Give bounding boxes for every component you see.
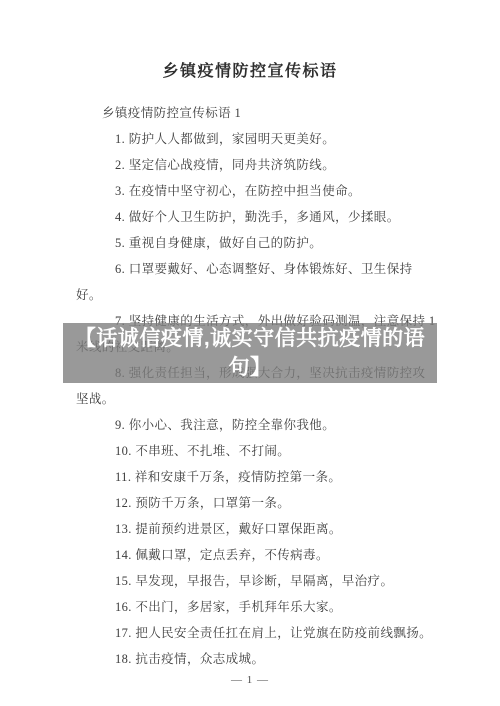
list-item: 10. 不串班、不扎堆、不打闹。 bbox=[76, 438, 437, 464]
list-item: 11. 祥和安康千万条，疫情防控第一条。 bbox=[76, 464, 437, 490]
list-item: 6. 口罩要戴好、心态调整好、身体锻炼好、卫生保持好。 bbox=[76, 256, 437, 308]
list-item: 17. 把人民安全责任扛在肩上，让党旗在防疫前线飘扬。 bbox=[76, 620, 437, 646]
slogan-list: 1. 防护人人都做到，家园明天更美好。2. 坚定信心战疫情，同舟共济筑防线。3.… bbox=[76, 126, 437, 672]
document-body: 乡镇疫情防控宣传标语 1 1. 防护人人都做到，家园明天更美好。2. 坚定信心战… bbox=[76, 100, 437, 672]
list-item: 14. 佩戴口罩，定点丢弃，不传病毒。 bbox=[76, 542, 437, 568]
page-number: — 1 — bbox=[0, 674, 500, 686]
list-item: 15. 早发现，早报告，早诊断，早隔离，早治疗。 bbox=[76, 568, 437, 594]
list-item: 18. 抗击疫情，众志成城。 bbox=[76, 646, 437, 672]
list-item: 9. 你小心、我注意，防控全靠你我他。 bbox=[76, 412, 437, 438]
list-item: 3. 在疫情中坚守初心，在防控中担当使命。 bbox=[76, 178, 437, 204]
document-page: 乡镇疫情防控宣传标语 乡镇疫情防控宣传标语 1 1. 防护人人都做到，家园明天更… bbox=[0, 0, 500, 706]
list-item: 5. 重视自身健康，做好自己的防护。 bbox=[76, 230, 437, 256]
list-item: 12. 预防千万条，口罩第一条。 bbox=[76, 490, 437, 516]
list-item: 4. 做好个人卫生防护，勤洗手，多通风，少揉眼。 bbox=[76, 204, 437, 230]
list-item: 1. 防护人人都做到，家园明天更美好。 bbox=[76, 126, 437, 152]
list-item: 16. 不出门，多居家，手机拜年乐大家。 bbox=[76, 594, 437, 620]
document-title: 乡镇疫情防控宣传标语 bbox=[0, 58, 500, 86]
section-heading: 乡镇疫情防控宣传标语 1 bbox=[76, 100, 437, 126]
caption-overlay: 【话诚信疫情,诚实守信共抗疫情的语句】 bbox=[63, 323, 437, 383]
caption-overlay-text: 【话诚信疫情,诚实守信共抗疫情的语句】 bbox=[63, 324, 437, 382]
list-item: 13. 提前预约进景区，戴好口罩保距离。 bbox=[76, 516, 437, 542]
list-item: 2. 坚定信心战疫情，同舟共济筑防线。 bbox=[76, 152, 437, 178]
